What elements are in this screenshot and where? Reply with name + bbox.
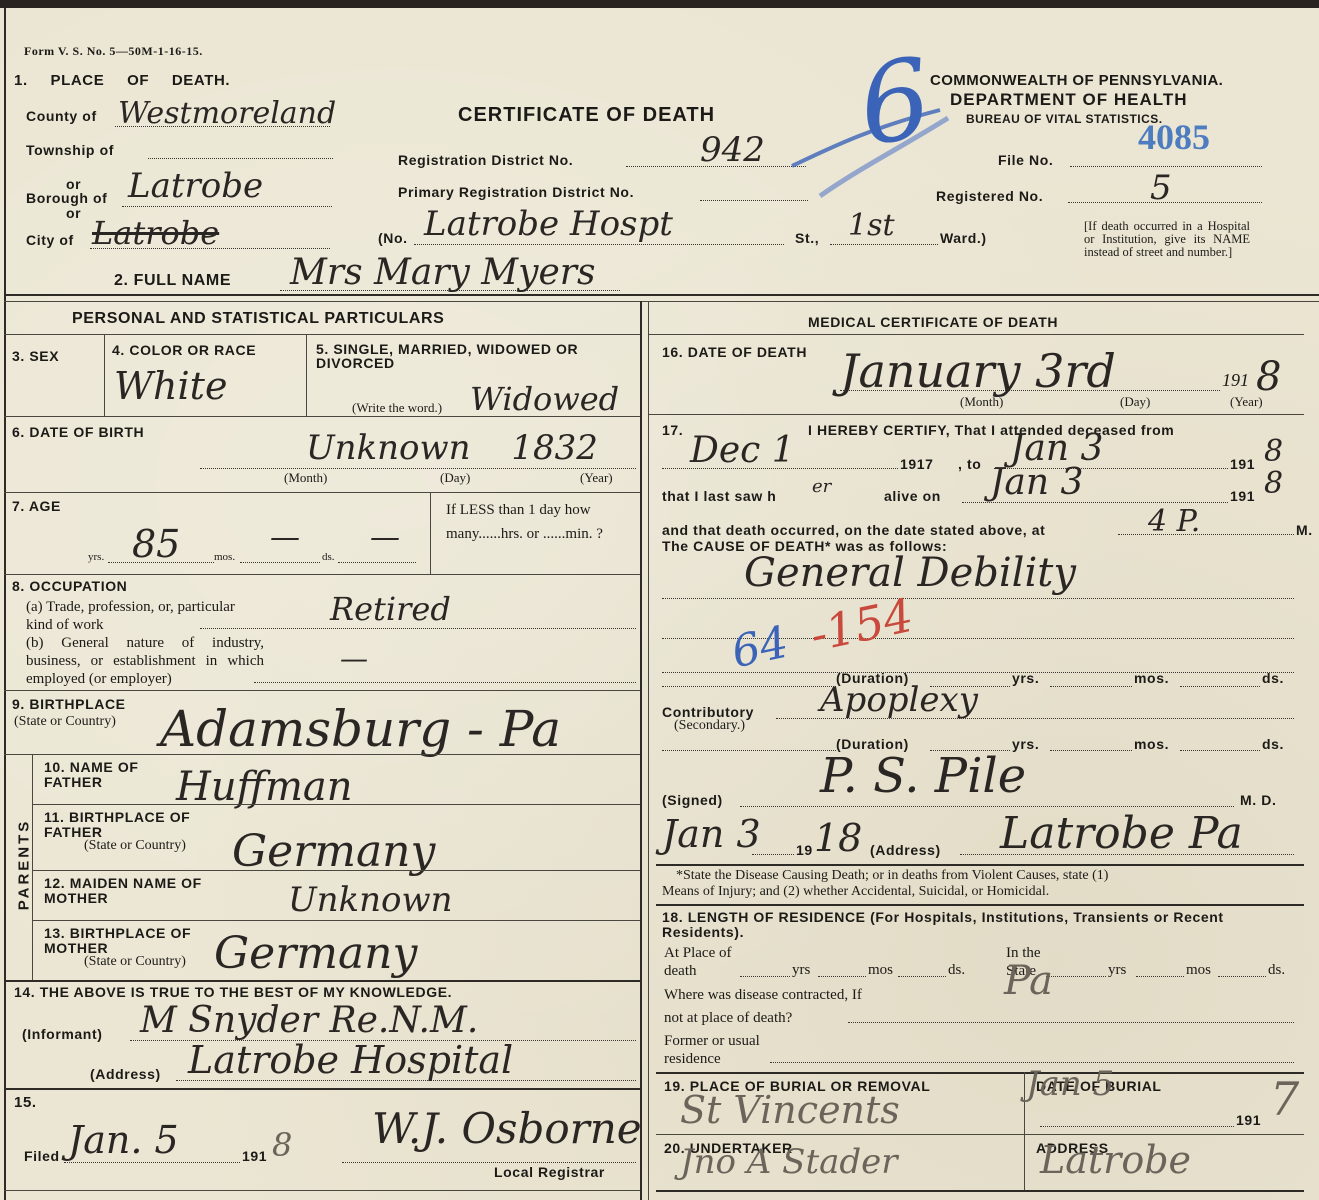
footnote-line-2: Means of Injury; and (2) whether Acciden…	[662, 884, 1049, 900]
signed-label: (Signed)	[662, 792, 723, 808]
certify-text: I HEREBY CERTIFY, That I attended deceas…	[808, 422, 1174, 438]
last-saw-pronoun: er	[812, 476, 831, 497]
filed-year-prefix: 191	[242, 1148, 267, 1164]
signed-date-value: Jan 3	[662, 812, 761, 856]
physician-address-value: Latrobe Pa	[1000, 808, 1243, 859]
birthplace-label: 9. BIRTHPLACE	[12, 696, 126, 712]
death-day-label: (Day)	[1120, 394, 1150, 410]
occupation-a-value: Retired	[330, 590, 451, 628]
birthplace-sub: (State or Country)	[14, 714, 116, 730]
filed-date-value: Jan. 5	[68, 1118, 179, 1162]
file-number-stamp: 4085	[1138, 116, 1210, 158]
burial-place-value: St Vincents	[680, 1088, 900, 1132]
mother-birthplace-sub: (State or Country)	[84, 954, 186, 970]
attended-from-value: Dec 1	[690, 430, 795, 471]
personal-heading: PERSONAL AND STATISTICAL PARTICULARS	[72, 310, 444, 328]
informant-label: (Informant)	[22, 1026, 102, 1042]
file-no-label: File No.	[998, 152, 1053, 168]
form-number: Form V. S. No. 5—50M-1-16-15.	[24, 44, 203, 59]
marital-hint: (Write the word.)	[352, 400, 442, 416]
age-yrs-label: yrs.	[88, 551, 104, 563]
marital-value: Widowed	[470, 380, 619, 418]
death-year-prefix: 191	[1222, 370, 1249, 391]
occupation-label: 8. OCCUPATION	[12, 578, 127, 594]
sex-label: 3. SEX	[12, 348, 59, 364]
contributory-value: Apoplexy	[820, 680, 978, 720]
death-month-label: (Month)	[960, 394, 1003, 410]
informant-value: M Snyder Re.N.M.	[140, 1000, 478, 1041]
informant-address-label: (Address)	[90, 1066, 161, 1082]
footnote-line-1: *State the Disease Causing Death; or in …	[676, 868, 1108, 884]
duration-yrs-label: yrs.	[1012, 670, 1039, 686]
informant-address-value: Latrobe Hospital	[188, 1038, 513, 1082]
primary-district-label: Primary Registration District No.	[398, 184, 634, 200]
blue-pencil-stroke	[790, 108, 950, 208]
duration-mos-label: mos.	[1134, 670, 1169, 686]
header-divider-2	[4, 301, 1319, 302]
race-value: White	[114, 364, 227, 408]
occupation-b-value: —	[340, 642, 368, 675]
duration-mos-label-2: mos.	[1134, 736, 1169, 752]
to-year-prefix: 191	[1230, 456, 1255, 472]
left-border	[4, 8, 6, 1200]
death-time-suffix: M.	[1296, 522, 1313, 538]
agency-line-2: DEPARTMENT OF HEALTH	[950, 90, 1188, 110]
registered-no-label: Registered No.	[936, 188, 1043, 204]
where-contracted-label: Where was disease contracted, If not at …	[664, 984, 884, 1030]
physician-signature: P. S. Pile	[820, 748, 1026, 804]
burial-date-value: Jan 5	[1026, 1064, 1114, 1104]
in-state-value: Pa	[1004, 958, 1053, 1004]
city-value: Latrobe	[92, 214, 219, 252]
ward-value: 1st	[848, 208, 895, 243]
dob-day-label: (Day)	[440, 470, 470, 486]
occupation-b-label: (b) General nature of industry, business…	[26, 634, 264, 688]
age-days-value: —	[370, 520, 400, 555]
agency-line-3: BUREAU OF VITAL STATISTICS.	[966, 112, 1163, 126]
street-label: St.,	[795, 230, 819, 246]
race-label: 4. COLOR OR RACE	[112, 342, 256, 358]
death-certificate: Form V. S. No. 5—50M-1-16-15. 1. PLACE O…	[0, 8, 1319, 1200]
registered-no-value: 5	[1150, 168, 1172, 208]
age-label: 7. AGE	[12, 498, 61, 514]
column-divider	[640, 301, 642, 1200]
former-residence-label: Former or usual residence	[664, 1032, 784, 1068]
registrar-signature: W.J. Osborne	[372, 1104, 642, 1153]
undertaker-address-value: Latrobe	[1040, 1138, 1191, 1182]
date-of-death-label: 16. DATE OF DEATH	[662, 344, 807, 360]
father-birthplace-label: 11. BIRTHPLACE OF FATHER	[44, 810, 214, 840]
certificate-title: CERTIFICATE OF DEATH	[458, 104, 715, 127]
medical-heading: MEDICAL CERTIFICATE OF DEATH	[808, 314, 1058, 330]
marital-label: 5. SINGLE, MARRIED, WIDOWED OR DIVORCED	[316, 342, 636, 370]
township-label: Township of	[26, 142, 114, 158]
in-state-yrs: yrs	[1108, 962, 1126, 979]
street-value: Latrobe Hospt	[424, 204, 673, 244]
street-no-label: (No.	[378, 230, 408, 246]
last-saw-year-suffix: 8	[1264, 466, 1283, 501]
filing-number: 15.	[14, 1094, 37, 1111]
signed-year-suffix: 18	[814, 816, 862, 860]
alive-on-label: alive on	[884, 488, 941, 504]
last-saw-label: that I last saw h	[662, 488, 776, 504]
md-label: M. D.	[1240, 792, 1276, 808]
dob-year-label: (Year)	[580, 470, 613, 486]
borough-label: Borough of	[26, 190, 107, 206]
parents-side-label: PARENTS	[15, 819, 32, 911]
header-divider	[4, 294, 1319, 296]
cause-value: General Debility	[744, 550, 1076, 596]
registration-district-value: 942	[700, 130, 765, 170]
to-year-suffix: 8	[1264, 434, 1283, 469]
dob-label: 6. DATE OF BIRTH	[12, 424, 144, 440]
less-than-day-note: If LESS than 1 day how many......hrs. or…	[446, 498, 636, 546]
death-year-label: (Year)	[1230, 394, 1263, 410]
attended-from-year: 1917	[900, 456, 934, 472]
borough-value: Latrobe	[128, 166, 263, 206]
death-time-label: and that death occurred, on the date sta…	[662, 522, 1045, 538]
burial-year-suffix: 7	[1270, 1072, 1299, 1126]
certify-number: 17.	[662, 422, 683, 438]
age-months-value: —	[270, 520, 300, 555]
ward-label: Ward.)	[940, 230, 987, 246]
in-state-ds: ds.	[1268, 962, 1285, 979]
age-years-value: 85	[132, 522, 180, 566]
undertaker-value: Jno A Stader	[680, 1142, 898, 1182]
place-of-death-heading: 1. PLACE OF DEATH.	[14, 72, 230, 89]
agency-line-1: COMMONWEALTH OF PENNSYLVANIA.	[930, 72, 1223, 89]
burial-year-prefix: 191	[1236, 1112, 1261, 1128]
in-state-mos: mos	[1186, 962, 1211, 979]
dob-value: Unknown 1832	[306, 428, 598, 468]
father-birthplace-sub: (State or Country)	[84, 838, 186, 854]
father-name-label: 10. NAME OF FATHER	[44, 760, 184, 790]
last-saw-date: Jan 3	[990, 462, 1083, 503]
physician-address-label: (Address)	[870, 842, 941, 858]
date-of-death-value: January 3rd	[840, 344, 1116, 398]
duration-ds-label: ds.	[1262, 670, 1284, 686]
county-label: County of	[26, 108, 97, 124]
or-label-2: or	[66, 205, 81, 221]
birthplace-value: Adamsburg - Pa	[160, 700, 561, 758]
hospital-note: [If death occurred in a Hospital or Inst…	[1084, 220, 1250, 259]
mother-birthplace-label: 13. BIRTHPLACE OF MOTHER	[44, 926, 214, 956]
column-divider-2	[648, 301, 649, 1200]
registrar-label: Local Registrar	[494, 1164, 605, 1180]
contributory-sub: (Secondary.)	[674, 718, 745, 734]
death-time-value: 4 P.	[1148, 504, 1200, 539]
age-mos-label: mos.	[214, 551, 235, 563]
filed-year-suffix: 8	[272, 1126, 292, 1164]
filed-label: Filed	[24, 1148, 60, 1164]
at-place-mos: mos	[868, 962, 893, 979]
age-ds-label: ds.	[322, 551, 335, 563]
registration-district-label: Registration District No.	[398, 152, 573, 168]
last-saw-year-prefix: 191	[1230, 488, 1255, 504]
residence-heading: 18. LENGTH OF RESIDENCE (For Hospitals, …	[662, 910, 1294, 940]
full-name-label: 2. FULL NAME	[114, 272, 231, 290]
county-value: Westmoreland	[118, 96, 336, 131]
mother-birthplace-value: Germany	[214, 928, 417, 979]
dob-month-label: (Month)	[284, 470, 327, 486]
at-place-ds: ds.	[948, 962, 965, 979]
cause-code-blue: 64	[727, 617, 792, 679]
informant-heading: 14. THE ABOVE IS TRUE TO THE BEST OF MY …	[14, 984, 452, 1000]
to-label: , to	[958, 456, 981, 472]
mother-maiden-label: 12. MAIDEN NAME OF MOTHER	[44, 876, 244, 906]
mother-maiden-value: Unknown	[288, 880, 453, 920]
at-place-yrs: yrs	[792, 962, 810, 979]
duration-ds-label-2: ds.	[1262, 736, 1284, 752]
city-label: City of	[26, 232, 74, 248]
at-place-label: At Place of death	[664, 944, 744, 980]
signed-year-prefix: 19	[796, 842, 813, 858]
full-name-value: Mrs Mary Myers	[290, 252, 596, 293]
